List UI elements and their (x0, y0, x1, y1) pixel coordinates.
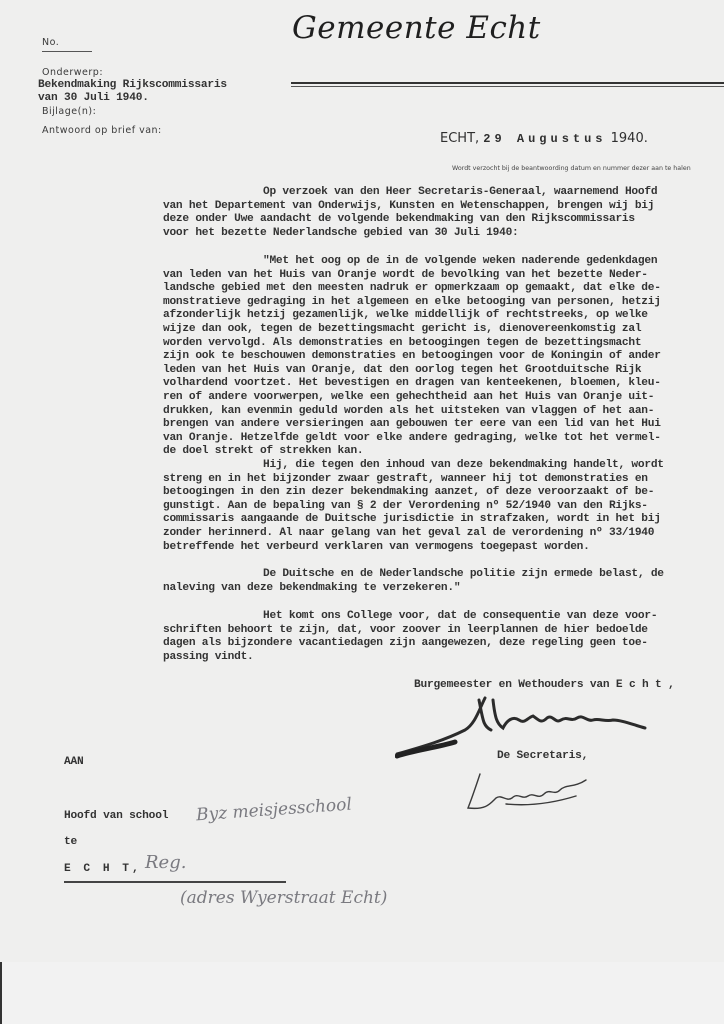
police-paragraph: De Duitsche en de Nederlandsche politie … (163, 568, 724, 595)
body-line: worden vervolgd. Als demonstraties en be… (163, 337, 724, 351)
body-line: voor het bezette Nederlandsche gebied va… (163, 227, 724, 241)
reply-label: Antwoord op brief van: (42, 125, 162, 136)
body-line: De Duitsche en de Nederlandsche politie … (163, 568, 724, 582)
attachment-label: Bijlage(n): (42, 106, 96, 117)
body-line: afzonderlijk hetzij gezamenlijk, welke m… (163, 309, 724, 323)
body-line: monstratieve gedraging in het algemeen e… (163, 296, 724, 310)
body-line: betreffende het verbeurd verklaren van v… (163, 541, 724, 555)
body-line: volhardend voortzet. Het bevestigen en d… (163, 377, 724, 391)
body-line: dagen als bijzondere vacantiedagen zijn … (163, 637, 724, 651)
body-line: Het komt ons College voor, dat de conseq… (163, 610, 724, 624)
to-label: AAN (64, 756, 84, 768)
penalty-paragraph: Hij, die tegen den inhoud van deze beken… (163, 459, 724, 554)
body-line: landsche gebied met den meesten nadruk e… (163, 282, 724, 296)
secretary-label: De Secretaris, (497, 750, 588, 762)
body-line: ren of andere voorwerpen, welke een gehe… (163, 391, 724, 405)
body-line: van Oranje. Hetzelfde geldt voor elke an… (163, 432, 724, 446)
letterhead-title: Gemeente Echt (292, 10, 541, 46)
title-rule-thin (291, 86, 724, 87)
body-line: wijze dan ook, tegen de bezettingsmacht … (163, 323, 724, 337)
body-line: van het Departement van Onderwijs, Kunst… (163, 200, 724, 214)
body-line: Op verzoek van den Heer Secretaris-Gener… (163, 186, 724, 200)
secretary-signature (466, 770, 596, 815)
date-year: 1940. (611, 131, 648, 146)
intro-paragraph: Op verzoek van den Heer Secretaris-Gener… (163, 186, 724, 240)
body-line: betoogingen in den zin dezer bekendmakin… (163, 486, 724, 500)
body-line: zijn ook te beschouwen demonstraties en … (163, 350, 724, 364)
body-line: naleving van deze bekendmaking te verzek… (163, 582, 724, 596)
body-line: Hij, die tegen den inhoud van deze beken… (163, 459, 724, 473)
handwritten-school-note: Byz meisjesschool (195, 795, 352, 826)
body-line: de doel strekt of strekken kan. (163, 445, 724, 459)
number-line (42, 51, 92, 52)
body-line: zonder herinnerd. Al naar gelang van het… (163, 527, 724, 541)
body-line: "Met het oog op de in de volgende weken … (163, 255, 724, 269)
letter-page: No. Onderwerp: Bekendmaking Rijkscommiss… (0, 0, 724, 962)
at-label: te (64, 836, 77, 848)
reply-note: Wordt verzocht bij de beantwoording datu… (452, 165, 691, 172)
body-line: brengen van andere versieringen aan gebo… (163, 418, 724, 432)
recipient-label: Hoofd van school (64, 810, 168, 822)
quote-paragraph: "Met het oog op de in de volgende weken … (163, 255, 724, 459)
body-line: commissaris aangaande de Duitsche jurisd… (163, 513, 724, 527)
body-line: passing vindt. (163, 651, 724, 665)
body-line: deze onder Uwe aandacht de volgende beke… (163, 213, 724, 227)
subject-line-2: van 30 Juli 1940. (38, 92, 149, 104)
subject-line-1: Bekendmaking Rijkscommissaris (38, 79, 227, 91)
body-line: schriften behoort te zijn, dat, voor zoo… (163, 624, 724, 638)
subject-label: Onderwerp: (42, 67, 103, 78)
body-line: gunstigt. Aan de bepaling van § 2 der Ve… (163, 500, 724, 514)
handwritten-address-note: (adres Wyerstraat Echt) (180, 888, 387, 908)
scan-background (0, 962, 724, 1024)
city-label: E C H T, (64, 863, 142, 875)
date-place: ECHT, (440, 131, 479, 146)
body-line: drukken, kan evenmin geduld worden als h… (163, 405, 724, 419)
title-rule (291, 82, 724, 84)
number-label: No. (42, 37, 59, 48)
closing-paragraph: Het komt ons College voor, dat de conseq… (163, 610, 724, 664)
date-line: ECHT, 29 Augustus 1940. (440, 131, 648, 146)
date-day-month: 29 Augustus (483, 132, 606, 146)
city-underline (64, 881, 286, 883)
handwritten-reg-note: Reg. (145, 852, 186, 873)
body-line: leden van het Huis van Oranje, dat den o… (163, 364, 724, 378)
body-line: van leden van het Huis van Oranje wordt … (163, 269, 724, 283)
body-line: streng en in het bijzonder zwaar gestraf… (163, 473, 724, 487)
